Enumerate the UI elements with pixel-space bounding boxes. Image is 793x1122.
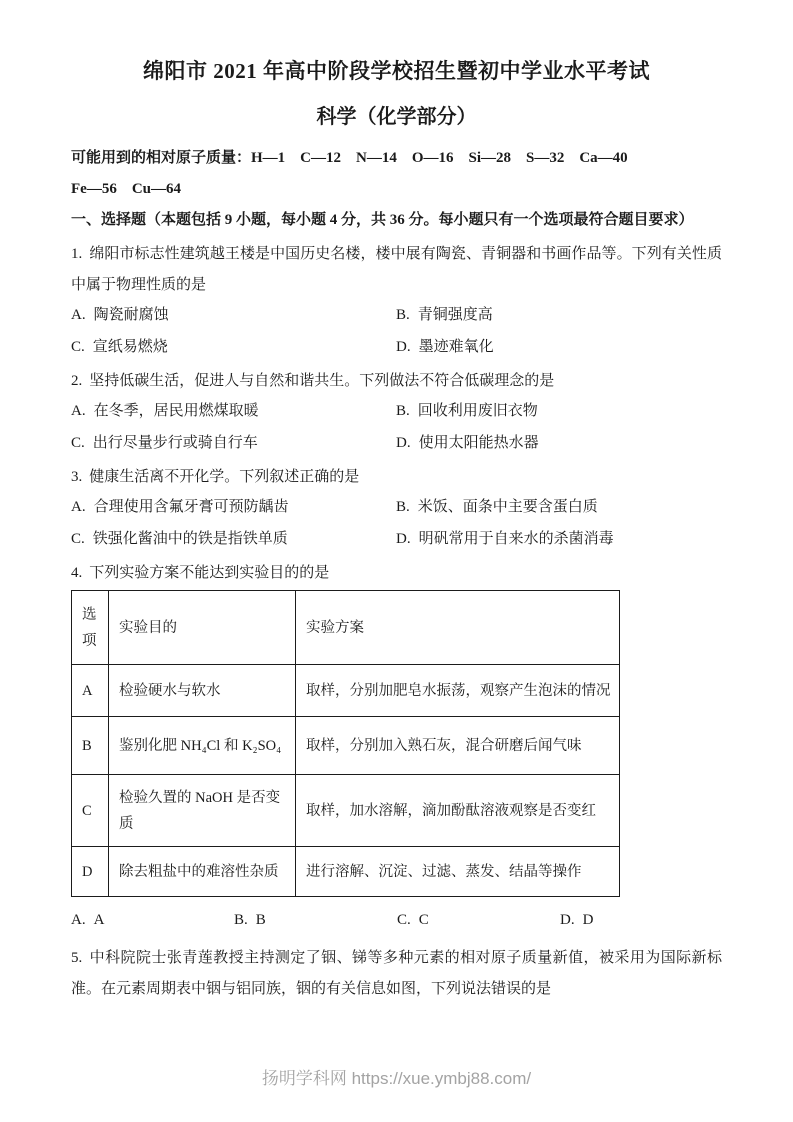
question-1-option-d: D.墨迹难氧化 — [396, 337, 722, 358]
question-2-stem-text: 坚持低碳生活，促进人与自然和谐共生。下列做法不符合低碳理念的是 — [89, 373, 554, 389]
question-3-stem: 3.健康生活离不开化学。下列叙述正确的是 — [71, 462, 722, 493]
question-3-option-c: C.铁强化酱油中的铁是指铁单质 — [71, 529, 396, 550]
question-4-answer-options: A.A B.B C.C D.D — [71, 910, 722, 931]
table-cell-a-purpose: 检验硬水与软水 — [109, 665, 296, 717]
table-cell-b-option: B — [72, 717, 109, 775]
question-4-number: 4. — [71, 565, 82, 581]
question-1-number: 1. — [71, 246, 82, 262]
question-2-option-b: B.回收利用废旧衣物 — [396, 401, 722, 422]
section-heading: 一、选择题（本题包括 9 小题，每小题 4 分，共 36 分。每小题只有一个选项… — [71, 209, 722, 231]
question-2-options-row-2: C.出行尽量步行或骑自行车 D.使用太阳能热水器 — [71, 433, 722, 454]
table-cell-d-option: D — [72, 847, 109, 897]
table-header-row: 选项 实验目的 实验方案 — [72, 591, 620, 665]
table-cell-b-plan: 取样，分别加入熟石灰，混合研磨后闻气味 — [296, 717, 620, 775]
table-cell-b-purpose: 鉴别化肥 NH₄Cl 和 K₂SO₄ — [109, 717, 296, 775]
table-cell-c-plan: 取样，加水溶解，滴加酚酞溶液观察是否变红 — [296, 775, 620, 847]
question-2-option-a: A.在冬季，居民用燃煤取暖 — [71, 401, 396, 422]
table-row-d: D 除去粗盐中的难溶性杂质 进行溶解、沉淀、过滤、蒸发、结晶等操作 — [72, 847, 620, 897]
question-3-option-b: B.米饭、面条中主要含蛋白质 — [396, 497, 722, 518]
question-3-option-d: D.明矾常用于自来水的杀菌消毒 — [396, 529, 722, 550]
question-3-stem-text: 健康生活离不开化学。下列叙述正确的是 — [89, 469, 359, 485]
question-4-option-d: D.D — [560, 910, 593, 931]
exam-subtitle: 科学（化学部分） — [71, 104, 722, 130]
question-1: 1.绵阳市标志性建筑越王楼是中国历史名楼，楼中展有陶瓷、青铜器和书画作品等。下列… — [71, 239, 722, 358]
site-watermark: 扬明学科网 https://xue.ymbj88.com/ — [0, 1064, 793, 1089]
question-2-number: 2. — [71, 373, 82, 389]
question-4-option-b: B.B — [234, 910, 397, 931]
question-5-stem-text: 中科院院士张青莲教授主持测定了铟、锑等多种元素的相对原子质量新值，被采用为国际新… — [71, 950, 722, 997]
table-cell-c-purpose: 检验久置的 NaOH 是否变质 — [109, 775, 296, 847]
question-2-option-d: D.使用太阳能热水器 — [396, 433, 722, 454]
table-cell-c-option: C — [72, 775, 109, 847]
question-4: 4.下列实验方案不能达到实验目的的是 选项 实验目的 实验方案 A 检验硬水与软… — [71, 558, 722, 931]
atomic-mass-note-line-1: 可能用到的相对原子质量：H—1 C—12 N—14 O—16 Si—28 S—3… — [71, 147, 722, 169]
table-header-plan: 实验方案 — [296, 591, 620, 665]
table-cell-d-purpose: 除去粗盐中的难溶性杂质 — [109, 847, 296, 897]
question-1-option-b: B.青铜强度高 — [396, 305, 722, 326]
table-header-purpose: 实验目的 — [109, 591, 296, 665]
table-cell-a-option: A — [72, 665, 109, 717]
question-4-stem: 4.下列实验方案不能达到实验目的的是 — [71, 558, 722, 589]
question-1-stem-text: 绵阳市标志性建筑越王楼是中国历史名楼，楼中展有陶瓷、青铜器和书画作品等。下列有关… — [71, 246, 722, 293]
question-2-stem: 2.坚持低碳生活，促进人与自然和谐共生。下列做法不符合低碳理念的是 — [71, 366, 722, 397]
question-5-number: 5. — [71, 950, 82, 966]
question-2-options-row-1: A.在冬季，居民用燃煤取暖 B.回收利用废旧衣物 — [71, 401, 722, 422]
question-4-table: 选项 实验目的 实验方案 A 检验硬水与软水 取样，分别加肥皂水振荡，观察产生泡… — [71, 590, 620, 897]
question-2: 2.坚持低碳生活，促进人与自然和谐共生。下列做法不符合低碳理念的是 A.在冬季，… — [71, 366, 722, 454]
table-row-a: A 检验硬水与软水 取样，分别加肥皂水振荡，观察产生泡沫的情况 — [72, 665, 620, 717]
question-4-stem-text: 下列实验方案不能达到实验目的的是 — [89, 565, 329, 581]
question-4-option-c: C.C — [397, 910, 560, 931]
table-cell-a-plan: 取样，分别加肥皂水振荡，观察产生泡沫的情况 — [296, 665, 620, 717]
question-5: 5.中科院院士张青莲教授主持测定了铟、锑等多种元素的相对原子质量新值，被采用为国… — [71, 943, 722, 1005]
question-1-option-a: A.陶瓷耐腐蚀 — [71, 305, 396, 326]
question-3-number: 3. — [71, 469, 82, 485]
question-1-option-c: C.宣纸易燃烧 — [71, 337, 396, 358]
exam-content: 绵阳市 2021 年高中阶段学校招生暨初中学业水平考试 科学（化学部分） 可能用… — [71, 58, 722, 1005]
atomic-mass-note-line-2: Fe—56 Cu—64 — [71, 178, 722, 200]
question-5-stem: 5.中科院院士张青莲教授主持测定了铟、锑等多种元素的相对原子质量新值，被采用为国… — [71, 943, 722, 1005]
question-3-options-row-1: A.合理使用含氟牙膏可预防龋齿 B.米饭、面条中主要含蛋白质 — [71, 497, 722, 518]
question-1-options-row-1: A.陶瓷耐腐蚀 B.青铜强度高 — [71, 305, 722, 326]
question-2-option-c: C.出行尽量步行或骑自行车 — [71, 433, 396, 454]
question-1-stem: 1.绵阳市标志性建筑越王楼是中国历史名楼，楼中展有陶瓷、青铜器和书画作品等。下列… — [71, 239, 722, 301]
table-header-option: 选项 — [72, 591, 109, 665]
table-row-c: C 检验久置的 NaOH 是否变质 取样，加水溶解，滴加酚酞溶液观察是否变红 — [72, 775, 620, 847]
exam-title: 绵阳市 2021 年高中阶段学校招生暨初中学业水平考试 — [71, 58, 722, 85]
exam-paper-page: 绵阳市 2021 年高中阶段学校招生暨初中学业水平考试 科学（化学部分） 可能用… — [0, 0, 793, 1122]
table-row-b: B 鉴别化肥 NH₄Cl 和 K₂SO₄ 取样，分别加入熟石灰，混合研磨后闻气味 — [72, 717, 620, 775]
question-3-option-a: A.合理使用含氟牙膏可预防龋齿 — [71, 497, 396, 518]
question-3: 3.健康生活离不开化学。下列叙述正确的是 A.合理使用含氟牙膏可预防龋齿 B.米… — [71, 462, 722, 550]
question-4-option-a: A.A — [71, 910, 234, 931]
question-1-options-row-2: C.宣纸易燃烧 D.墨迹难氧化 — [71, 337, 722, 358]
table-cell-d-plan: 进行溶解、沉淀、过滤、蒸发、结晶等操作 — [296, 847, 620, 897]
question-3-options-row-2: C.铁强化酱油中的铁是指铁单质 D.明矾常用于自来水的杀菌消毒 — [71, 529, 722, 550]
